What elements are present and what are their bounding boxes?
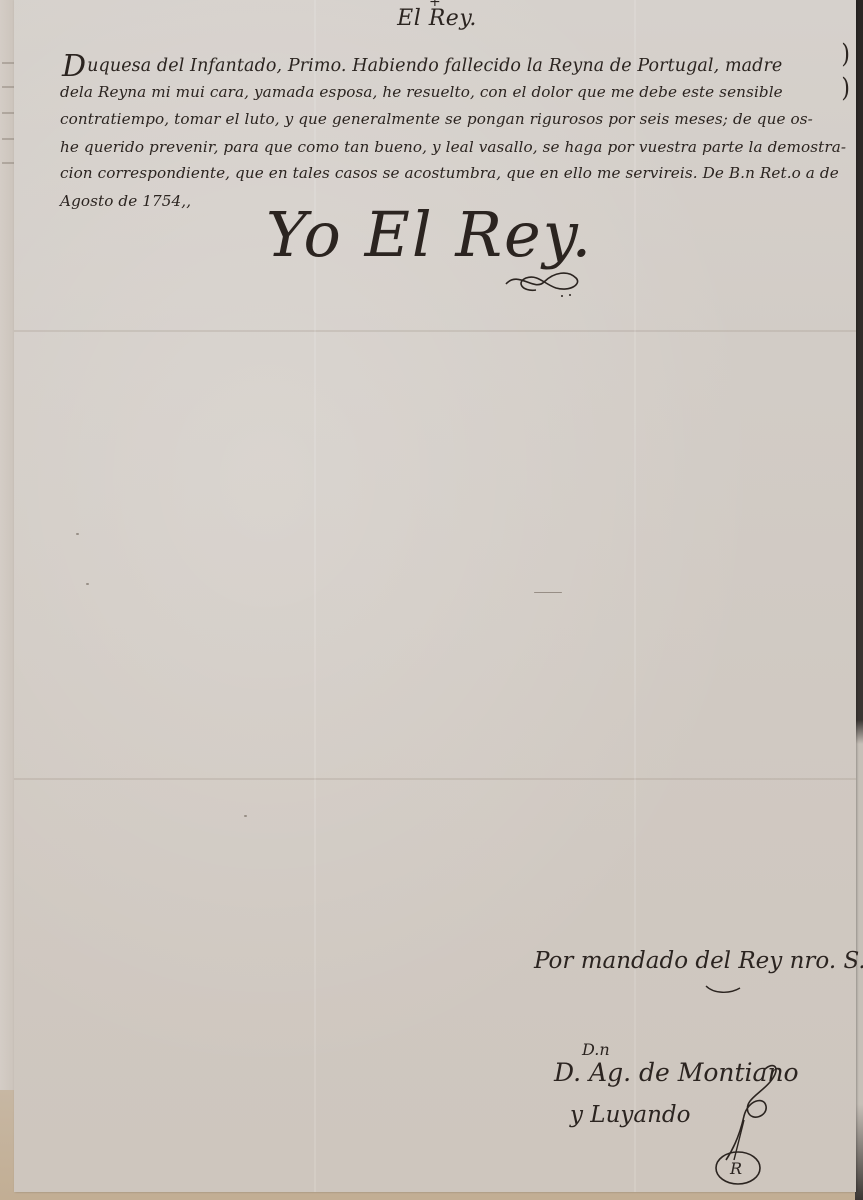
body-line-4: he querido prevenir, para que como tan b… [60,138,846,156]
body-line-1: Duquesa del Infantado, Primo. Habiendo f… [62,44,782,79]
line-end-flourish: ) [841,40,850,70]
rubric-initials: R [729,1159,742,1178]
letter-page: + El Rey. Duquesa del Infantado, Primo. … [14,0,856,1192]
body-line-2: dela Reyna mi mui cara, yamada esposa, h… [60,83,783,101]
body-line-3: contratiempo, tomar el luto, y que gener… [60,110,813,128]
paper-fold-line [14,330,856,332]
line-end-flourish: ) [841,74,850,104]
body-line-6: Agosto de 1754,, [60,192,191,210]
paper-speck [534,592,562,593]
secretary-name-line-2: y Luyando [570,1102,690,1128]
body-line-text: uquesa del Infantado, Primo. Habiendo fa… [87,56,782,76]
paper-fold-line [14,778,856,780]
secretary-rubric-icon: R [704,1060,784,1190]
paper-speck [76,533,79,535]
signature-flourish-icon [504,262,584,302]
paper-speck [244,815,247,817]
letter-heading: El Rey. [392,6,482,31]
background-right-edge [855,0,863,1200]
countersign-underline-flourish [704,982,744,996]
body-line-5: cion correspondiente, que en tales casos… [60,164,839,182]
paper-speck [86,583,89,585]
royal-signature: Yo El Rey. [266,198,593,271]
countersignature-line: Por mandado del Rey nro. S.r [534,948,863,974]
secretary-title-superscript: D.n [582,1040,610,1059]
drop-cap: D [62,49,86,84]
